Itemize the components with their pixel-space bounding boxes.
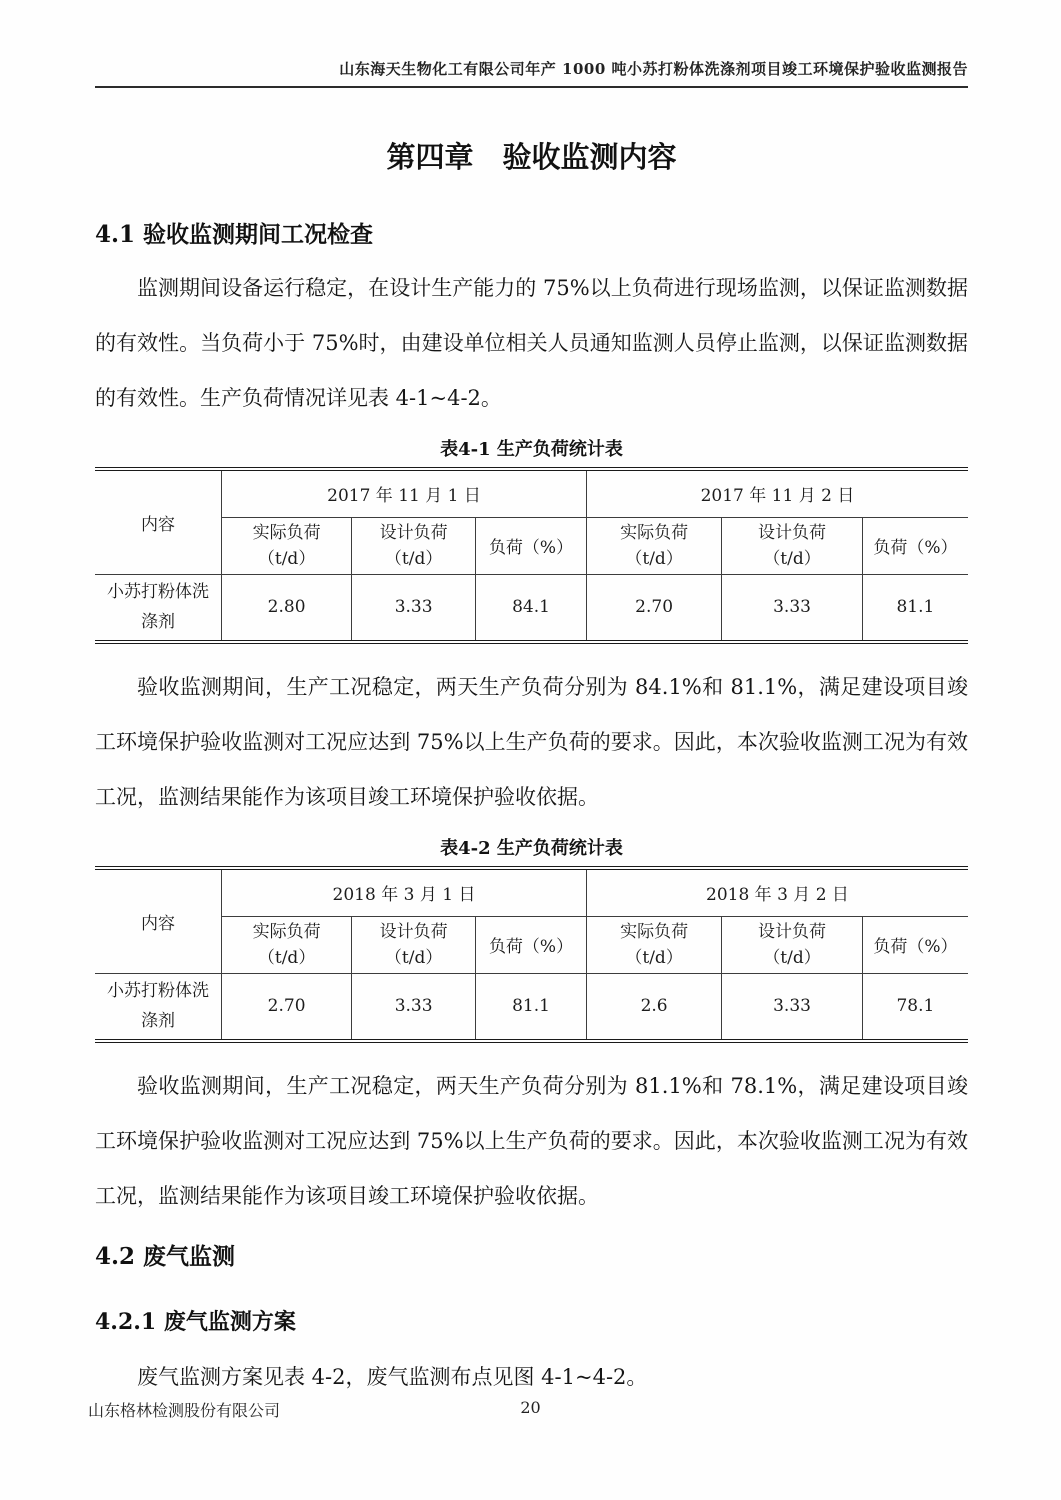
section-heading-4-2-1: 4.2.1 废气监测方案 [95,1305,968,1336]
table1-header-actual-1: 实际负荷（t/d） [222,517,352,574]
table1-value-load-1: 84.1 [476,574,587,640]
table2-value-load-2: 78.1 [862,973,968,1039]
chapter-title: 第四章 验收监测内容 [95,135,968,176]
table2-header-design-1: 设计负荷（t/d） [352,916,476,973]
table1-header-design-1: 设计负荷（t/d） [352,517,476,574]
table2-header-content: 内容 [95,870,222,973]
table1-product-name: 小苏打粉体洗涤剂 [95,574,222,640]
table1-header-date-right: 2017 年 11 月 2 日 [586,471,968,517]
table-row: 小苏打粉体洗涤剂 2.80 3.33 84.1 2.70 3.33 81.1 [95,574,968,640]
table1-header-actual-2: 实际负荷（t/d） [586,517,721,574]
table2-header-date-left: 2018 年 3 月 1 日 [222,870,587,916]
table-caption-4-1: 表4-1 生产负荷统计表 [95,435,968,467]
table2-header-actual-2: 实际负荷（t/d） [586,916,721,973]
table1-header-design-2: 设计负荷（t/d） [722,517,863,574]
document-page: 山东海天生物化工有限公司年产 1000 吨小苏打粉体洗涤剂项目竣工环境保护验收监… [0,0,1061,1500]
paragraph-conclusion-2: 验收监测期间，生产工况稳定，两天生产负荷分别为 81.1%和 78.1%，满足建… [95,1059,968,1224]
production-load-table-2: 内容 2018 年 3 月 1 日 2018 年 3 月 2 日 实际负荷（t/… [95,866,968,1043]
table2-value-design-2: 3.33 [722,973,863,1039]
table-caption-4-2: 表4-2 生产负荷统计表 [95,834,968,866]
section-heading-4-2: 4.2 废气监测 [95,1238,968,1271]
table1-header-content: 内容 [95,471,222,574]
table2-header-actual-1: 实际负荷（t/d） [222,916,352,973]
page-header: 山东海天生物化工有限公司年产 1000 吨小苏打粉体洗涤剂项目竣工环境保护验收监… [95,58,968,88]
production-load-table-1: 内容 2017 年 11 月 1 日 2017 年 11 月 2 日 实际负荷（… [95,467,968,644]
table2-header-design-2: 设计负荷（t/d） [722,916,863,973]
table2-value-design-1: 3.33 [352,973,476,1039]
table1-value-actual-2: 2.70 [586,574,721,640]
table2-value-load-1: 81.1 [476,973,587,1039]
paragraph-conclusion-1: 验收监测期间，生产工况稳定，两天生产负荷分别为 84.1%和 81.1%，满足建… [95,660,968,825]
table2-value-actual-1: 2.70 [222,973,352,1039]
table2-product-name: 小苏打粉体洗涤剂 [95,973,222,1039]
table1-header-load-2: 负荷（%） [862,517,968,574]
table1-value-design-2: 3.33 [722,574,863,640]
section-heading-4-1: 4.1 验收监测期间工况检查 [95,216,968,249]
table2-header-date-right: 2018 年 3 月 2 日 [586,870,968,916]
paragraph-workload-intro: 监测期间设备运行稳定，在设计生产能力的 75%以上负荷进行现场监测，以保证监测数… [95,261,968,426]
table2-value-actual-2: 2.6 [586,973,721,1039]
paragraph-gas-monitoring: 废气监测方案见表 4-2，废气监测布点见图 4-1~4-2。 [95,1350,968,1405]
table1-header-load-1: 负荷（%） [476,517,587,574]
page-number: 20 [0,1398,1061,1417]
table2-header-load-2: 负荷（%） [862,916,968,973]
table2-header-load-1: 负荷（%） [476,916,587,973]
page-footer: 山东格林检测股份有限公司 20 [0,1398,1061,1422]
table1-value-actual-1: 2.80 [222,574,352,640]
table1-header-date-left: 2017 年 11 月 1 日 [222,471,587,517]
table-row: 小苏打粉体洗涤剂 2.70 3.33 81.1 2.6 3.33 78.1 [95,973,968,1039]
table1-value-load-2: 81.1 [862,574,968,640]
table1-value-design-1: 3.33 [352,574,476,640]
